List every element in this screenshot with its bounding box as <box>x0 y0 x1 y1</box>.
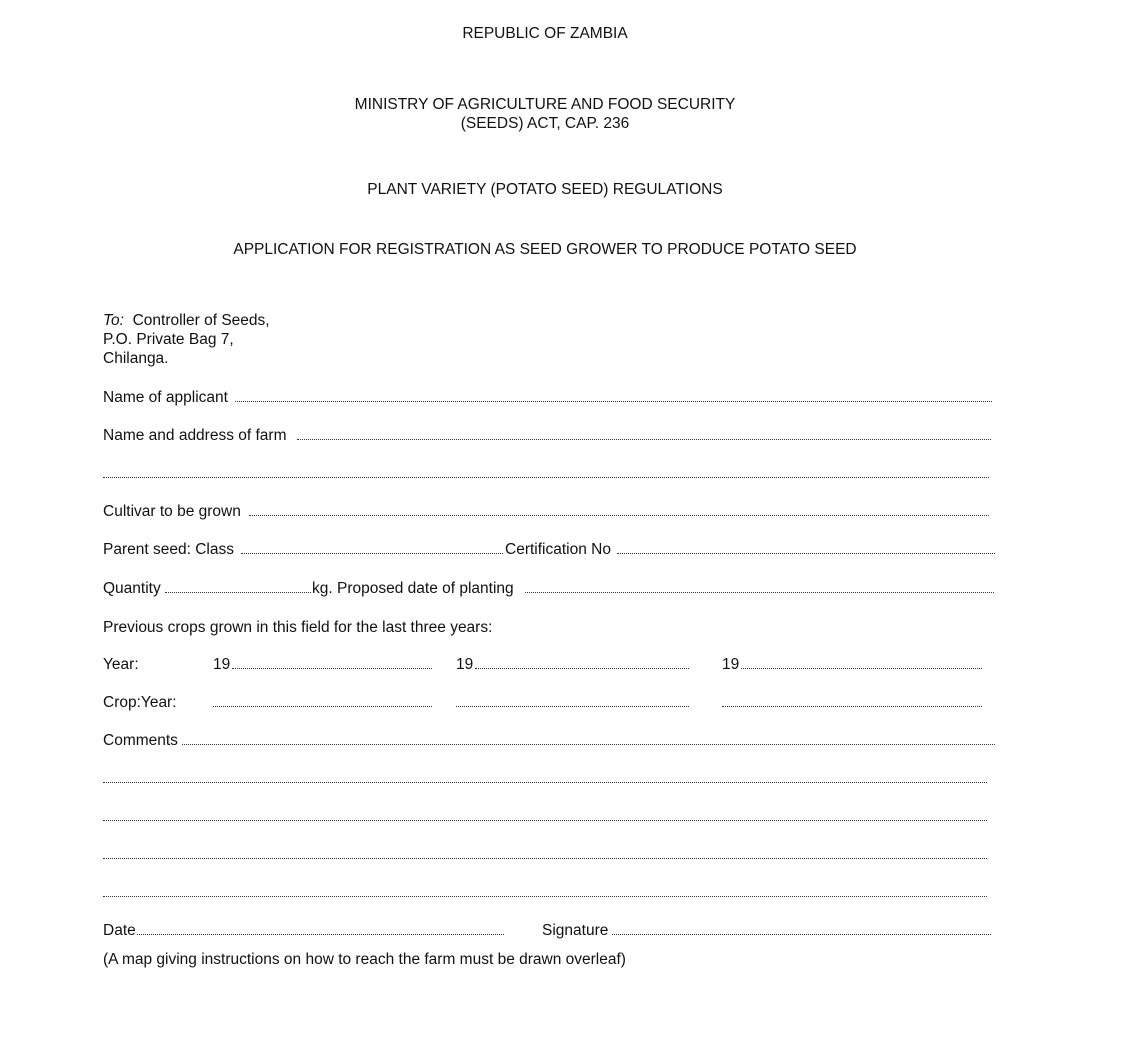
comments-label: Comments <box>103 731 178 750</box>
comments-field[interactable] <box>182 744 995 745</box>
country-heading: REPUBLIC OF ZAMBIA <box>0 24 1090 43</box>
parent-seed-class-field[interactable] <box>241 553 503 554</box>
year-1-prefix: 19 <box>213 655 230 674</box>
farm-address-field[interactable] <box>297 439 991 440</box>
signature-field[interactable] <box>612 934 991 935</box>
farm-address-field-line-2[interactable] <box>103 477 989 478</box>
quantity-label: Quantity <box>103 579 161 598</box>
address-line-2: P.O. Private Bag 7, <box>103 330 234 349</box>
year-3-field[interactable] <box>741 668 982 669</box>
certification-no-field[interactable] <box>617 553 995 554</box>
to-label: To: <box>103 312 124 329</box>
applicant-name-label: Name of applicant <box>103 388 228 407</box>
cultivar-label: Cultivar to be grown <box>103 502 241 521</box>
certification-no-label: Certification No <box>505 540 611 559</box>
act-heading: (SEEDS) ACT, CAP. 236 <box>0 114 1090 133</box>
year-2-field[interactable] <box>475 668 689 669</box>
applicant-name-field[interactable] <box>235 401 992 402</box>
address-line-3: Chilanga. <box>103 349 169 368</box>
crop-3-field[interactable] <box>722 706 982 707</box>
previous-crops-heading: Previous crops grown in this field for t… <box>103 618 492 637</box>
parent-seed-class-label: Parent seed: Class <box>103 540 234 559</box>
regulations-heading: PLANT VARIETY (POTATO SEED) REGULATIONS <box>0 180 1090 199</box>
comments-line-5[interactable] <box>103 896 987 897</box>
footer-note: (A map giving instructions on how to rea… <box>103 950 626 969</box>
planting-date-label: Proposed date of planting <box>337 580 514 597</box>
comments-line-4[interactable] <box>103 858 987 859</box>
quantity-unit-text: kg. <box>312 580 333 597</box>
comments-line-2[interactable] <box>103 782 987 783</box>
farm-address-label: Name and address of farm <box>103 426 287 445</box>
signature-label: Signature <box>542 921 608 940</box>
address-line-1: To: Controller of Seeds, <box>103 311 270 330</box>
crop-2-field[interactable] <box>456 706 689 707</box>
crop-1-field[interactable] <box>213 706 432 707</box>
year-1-field[interactable] <box>232 668 432 669</box>
quantity-field[interactable] <box>165 592 311 593</box>
quantity-unit: kg. Proposed date of planting <box>312 579 514 598</box>
cultivar-field[interactable] <box>249 515 989 516</box>
date-field[interactable] <box>137 934 504 935</box>
year-label: Year: <box>103 655 139 674</box>
date-label: Date <box>103 921 136 940</box>
form-title: APPLICATION FOR REGISTRATION AS SEED GRO… <box>0 240 1090 259</box>
address-recipient: Controller of Seeds, <box>133 312 270 329</box>
ministry-heading: MINISTRY OF AGRICULTURE AND FOOD SECURIT… <box>0 95 1090 114</box>
crop-year-label: Crop:Year: <box>103 693 177 712</box>
year-2-prefix: 19 <box>456 655 473 674</box>
planting-date-field[interactable] <box>525 592 994 593</box>
comments-line-3[interactable] <box>103 820 987 821</box>
year-3-prefix: 19 <box>722 655 739 674</box>
